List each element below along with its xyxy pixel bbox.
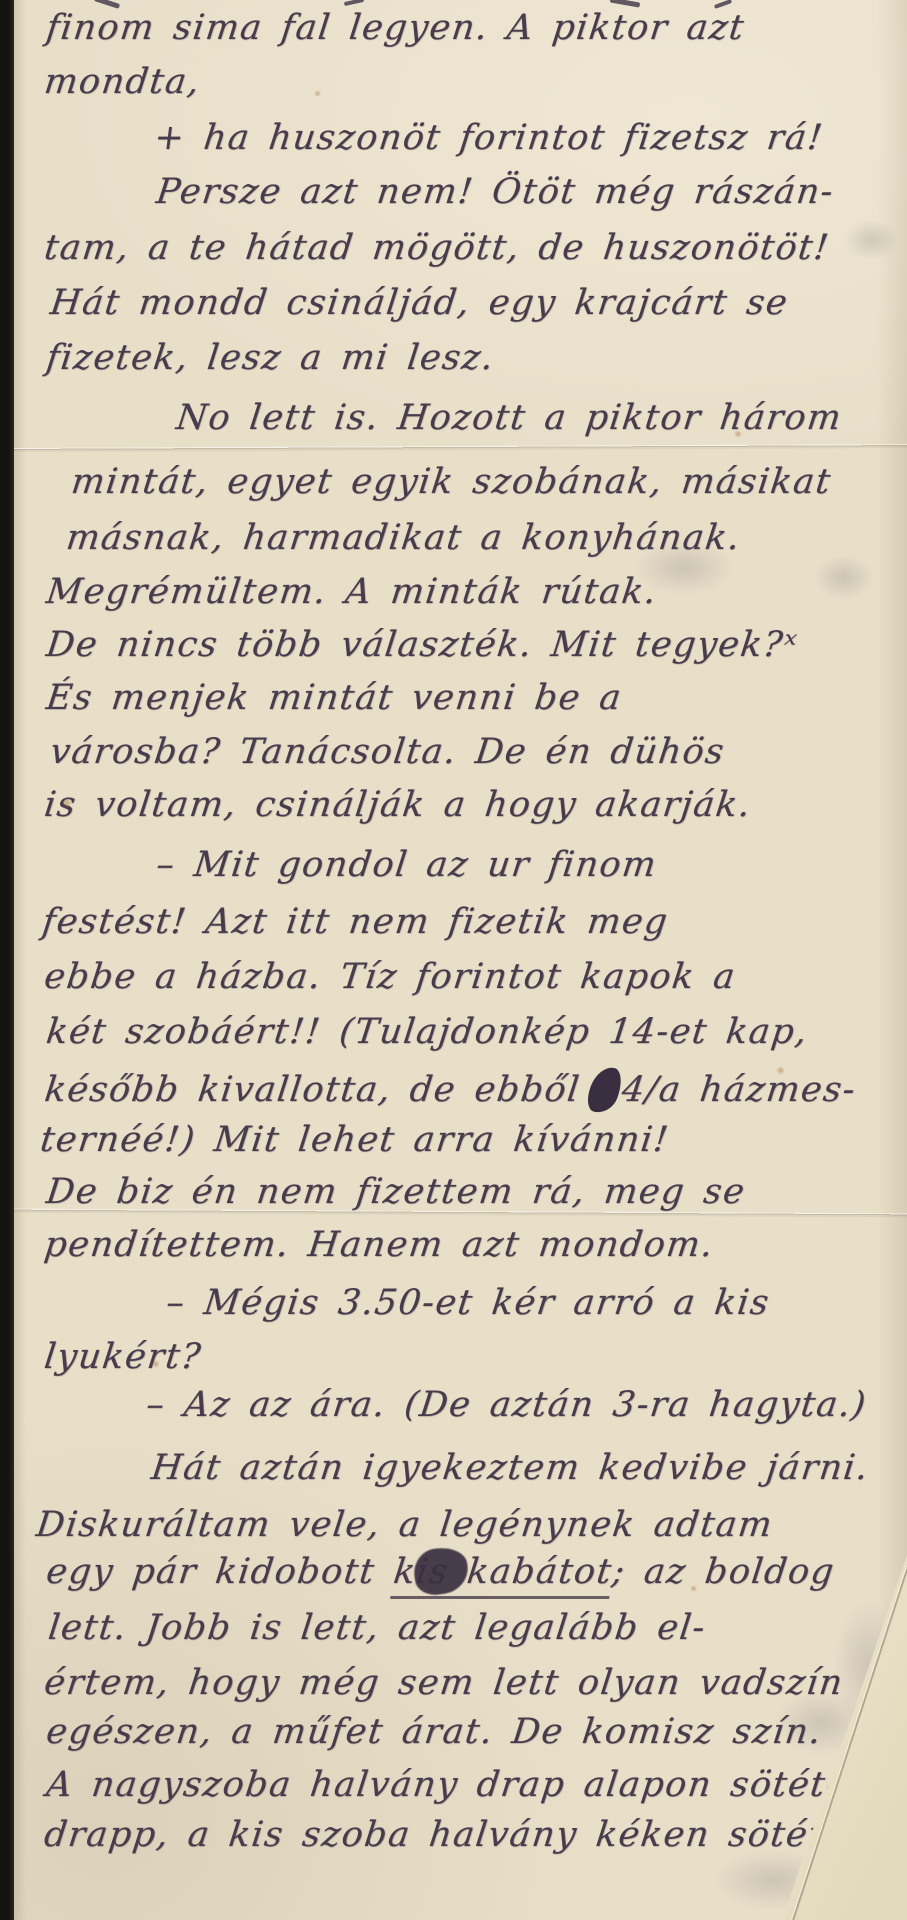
handwriting-line: – Az az ára. (De aztán 3-ra hagyta.) bbox=[144, 1385, 869, 1425]
handwriting-line: – Mit gondol az ur finom bbox=[154, 845, 659, 885]
handwriting-line: Megrémültem. A minták rútak. bbox=[44, 572, 660, 612]
handwriting-line: mondta, bbox=[42, 62, 203, 102]
foxing-spot bbox=[734, 430, 742, 438]
handwriting-line: No lett is. Hozott a piktor három bbox=[174, 398, 844, 438]
scan-edge bbox=[0, 0, 14, 1920]
handwriting-line: városba? Tanácsolta. De én dühös bbox=[48, 732, 727, 772]
bleed-through-smudge bbox=[844, 220, 899, 260]
handwriting-line: fizetek, lesz a mi lesz. bbox=[44, 338, 497, 378]
bleed-through-smudge bbox=[634, 540, 734, 595]
handwriting-line: És menjek mintát venni be a bbox=[44, 678, 624, 718]
foxing-spot bbox=[314, 90, 321, 97]
handwriting-line: Hát mondd csináljád, egy krajcárt se bbox=[48, 283, 791, 323]
handwriting-line: festést! Azt itt nem fizetik meg bbox=[40, 902, 671, 942]
scanned-letter: finom sima fal legyen. A piktor azt mond… bbox=[0, 0, 907, 1920]
foxing-spot bbox=[776, 1066, 785, 1075]
handwriting-line: De nincs több választék. Mit tegyek?ˣ bbox=[44, 625, 800, 665]
handwriting-line: értem, hogy még sem lett olyan vadszín bbox=[42, 1663, 846, 1703]
cut-stroke-fragment bbox=[610, 0, 640, 8]
handwriting-line: De biz én nem fizettem rá, meg se bbox=[44, 1172, 748, 1212]
handwriting-line: mintát, egyet egyik szobának, másikat bbox=[69, 462, 834, 502]
fold-crease bbox=[14, 444, 907, 452]
handwriting-segment: egy pár kidobott bbox=[44, 1552, 378, 1592]
handwriting-line: – Mégis 3.50-et kér arró a kis bbox=[164, 1283, 772, 1323]
handwriting-line: egészen, a műfet árat. De komisz szín. bbox=[44, 1712, 824, 1752]
handwriting-line: Diskuráltam vele, a legénynek adtam bbox=[34, 1505, 775, 1545]
handwriting-line: Hát aztán igyekeztem kedvibe járni. bbox=[149, 1448, 871, 1488]
handwriting-line: ebbe a házba. Tíz forintot kapok a bbox=[42, 957, 738, 997]
bleed-through-smudge bbox=[814, 555, 874, 600]
handwriting-segment: ; az boldog bbox=[610, 1552, 837, 1592]
handwriting-line: is voltam, csinálják a hogy akarják. bbox=[42, 785, 754, 825]
handwriting-line: később kivallotta, de ebből4/a házmes- bbox=[42, 1067, 859, 1113]
foxing-spot bbox=[62, 798, 72, 808]
handwriting-line: finom sima fal legyen. A piktor azt bbox=[44, 8, 747, 48]
handwriting-line: lyukért? bbox=[42, 1337, 204, 1377]
letter-page: finom sima fal legyen. A piktor azt mond… bbox=[14, 0, 907, 1920]
handwriting-line: ternéé!) Mit lehet arra kívánni! bbox=[38, 1120, 672, 1160]
handwriting-line: pendítettem. Hanem azt mondom. bbox=[42, 1225, 716, 1265]
handwriting-line: + ha huszonöt forintot fizetsz rá! bbox=[152, 118, 826, 158]
handwriting-segment: később kivallotta, de ebből bbox=[42, 1070, 582, 1110]
foxing-spot bbox=[152, 1360, 160, 1368]
foxing-spot bbox=[690, 1585, 697, 1592]
handwriting-line: Persze azt nem! Ötöt még rászán- bbox=[154, 172, 836, 212]
handwriting-line: drapp, a kis szoba halvány kéken sötét k… bbox=[42, 1815, 907, 1855]
handwriting-line: két szobáért!! (Tulajdonkép 14-et kap, bbox=[44, 1012, 810, 1052]
cut-stroke-fragment bbox=[344, 0, 364, 6]
handwriting-line: tam, a te hátad mögött, de huszonötöt! bbox=[42, 228, 832, 268]
handwriting-line: lett. Jobb is lett, azt legalább el- bbox=[46, 1608, 708, 1648]
handwriting-line: A nagyszoba halvány drap alapon sötétebb bbox=[44, 1765, 898, 1805]
handwriting-segment: 4/a házmes- bbox=[620, 1070, 859, 1110]
